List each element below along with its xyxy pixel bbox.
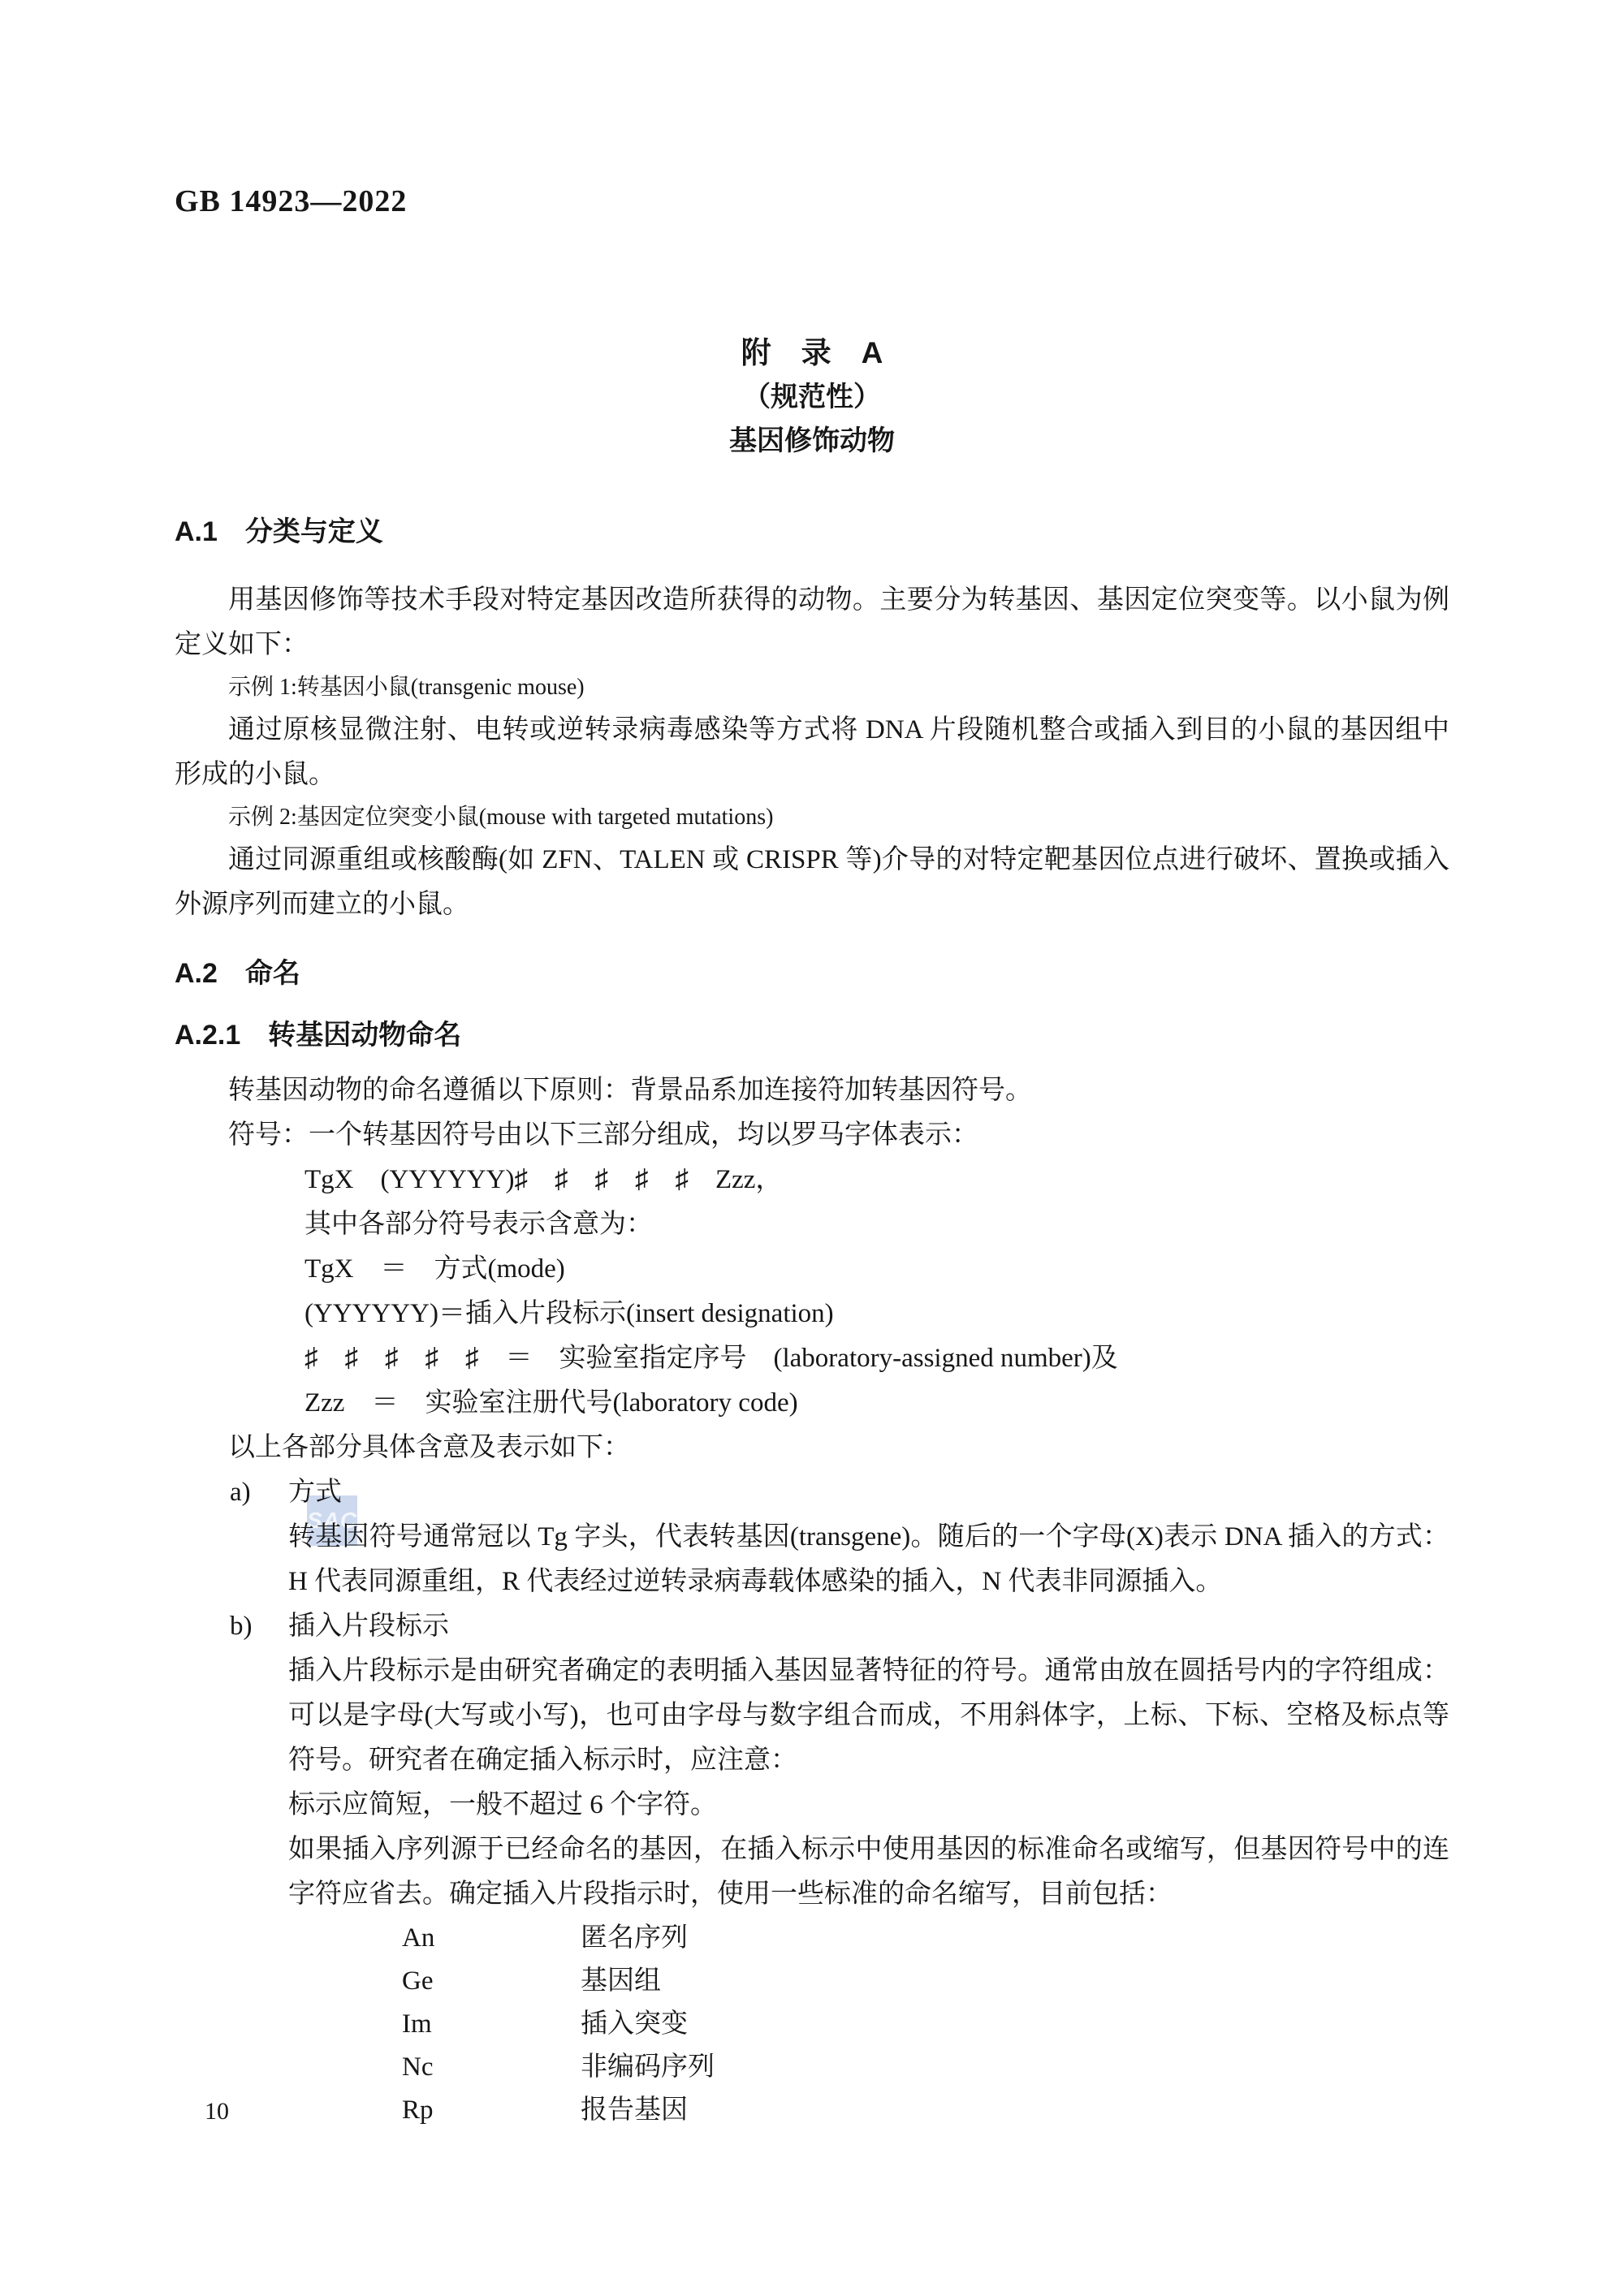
page-number: 10	[205, 2098, 229, 2126]
abbreviation-code: Ge	[402, 1960, 581, 2003]
definition-lab-code: Zzz ＝ 实验室注册代号(laboratory code)	[304, 1381, 1449, 1426]
list-item-a: a) 方式	[175, 1470, 1449, 1515]
appendix-subject: 基因修饰动物	[175, 419, 1449, 463]
abbreviation-code: Rp	[402, 2089, 581, 2132]
definition-tgx: TgX ＝ 方式(mode)	[304, 1247, 1449, 1292]
appendix-subtitle: （规范性）	[175, 375, 1449, 419]
list-item-b-body-2: 标示应简短，一般不超过 6 个字符。	[288, 1783, 1449, 1828]
page-content: GB 14923—2022 附 录 A （规范性） 基因修饰动物 A.1 分类与…	[0, 183, 1624, 2132]
abbreviation-row: Rp报告基因	[402, 2089, 1449, 2132]
list-item-b: b) 插入片段标示	[175, 1604, 1449, 1649]
example-1-body: 通过原核显微注射、电转或逆转录病毒感染等方式将 DNA 片段随机整合或插入到目的…	[175, 708, 1449, 797]
abbreviation-code: An	[402, 1917, 581, 1960]
abbreviation-meaning: 插入突变	[581, 2009, 688, 2039]
abbreviation-meaning: 非编码序列	[581, 2052, 715, 2082]
appendix-title: 附 录 A	[175, 331, 1449, 375]
abbreviation-code: Im	[402, 2003, 581, 2046]
definition-insert: (YYYYYY)＝插入片段标示(insert designation)	[304, 1292, 1449, 1336]
heading-a1: A.1 分类与定义	[175, 510, 1449, 554]
appendix-title-block: 附 录 A （规范性） 基因修饰动物	[175, 331, 1449, 463]
abbreviation-meaning: 报告基因	[581, 2095, 688, 2125]
transgene-symbol-formula: TgX (YYYYYY)♯ ♯ ♯ ♯ ♯ Zzz，	[304, 1158, 1449, 1202]
list-item-b-title: 插入片段标示	[288, 1604, 1449, 1649]
abbreviation-row: An匿名序列	[402, 1917, 1449, 1960]
paragraph-symbol-intro: 符号：一个转基因符号由以下三部分组成，均以罗马字体表示：	[175, 1113, 1449, 1158]
list-item-b-body-3: 如果插入序列源于已经命名的基因，在插入标示中使用基因的标准命名或缩写，但基因符号…	[288, 1828, 1449, 1917]
paragraph-naming-principle: 转基因动物的命名遵循以下原则：背景品系加连接符加转基因符号。	[175, 1068, 1449, 1113]
heading-a2-1: A.2.1 转基因动物命名	[175, 1013, 1449, 1057]
definition-lab-number: ♯ ♯ ♯ ♯ ♯ ＝ 实验室指定序号 (laboratory-assigned…	[304, 1336, 1449, 1381]
list-item-b-label: b)	[175, 1604, 288, 1649]
list-item-a-title: 方式	[288, 1470, 1449, 1515]
list-item-a-label: a)	[175, 1470, 288, 1515]
paragraph-parts-intro: 其中各部分符号表示含意为：	[304, 1202, 1449, 1247]
list-item-a-body: 转基因符号通常冠以 Tg 字头，代表转基因(transgene)。随后的一个字母…	[288, 1515, 1449, 1604]
list-item-b-body-1: 插入片段标示是由研究者确定的表明插入基因显著特征的符号。通常由放在圆括号内的字符…	[288, 1649, 1449, 1783]
paragraph-parts-detail-intro: 以上各部分具体含意及表示如下：	[175, 1426, 1449, 1470]
example-2-body: 通过同源重组或核酸酶(如 ZFN、TALEN 或 CRISPR 等)介导的对特定…	[175, 838, 1449, 927]
paragraph-a1-intro: 用基因修饰等技术手段对特定基因改造所获得的动物。主要分为转基因、基因定位突变等。…	[175, 578, 1449, 667]
abbreviation-code: Nc	[402, 2046, 581, 2089]
standard-number: GB 14923—2022	[175, 183, 1449, 219]
heading-a2: A.2 命名	[175, 952, 1449, 995]
abbreviation-row: Ge基因组	[402, 1960, 1449, 2003]
abbreviation-meaning: 基因组	[581, 1966, 661, 1996]
document-page: SAC GB 14923—2022 附 录 A （规范性） 基因修饰动物 A.1…	[0, 0, 1624, 2296]
example-1-label: 示例 1:转基因小鼠(transgenic mouse)	[175, 667, 1449, 708]
abbreviation-meaning: 匿名序列	[581, 1923, 688, 1953]
abbreviation-row: Nc非编码序列	[402, 2046, 1449, 2089]
example-2-label: 示例 2:基因定位突变小鼠(mouse with targeted mutati…	[175, 797, 1449, 838]
abbreviation-row: Im插入突变	[402, 2003, 1449, 2046]
